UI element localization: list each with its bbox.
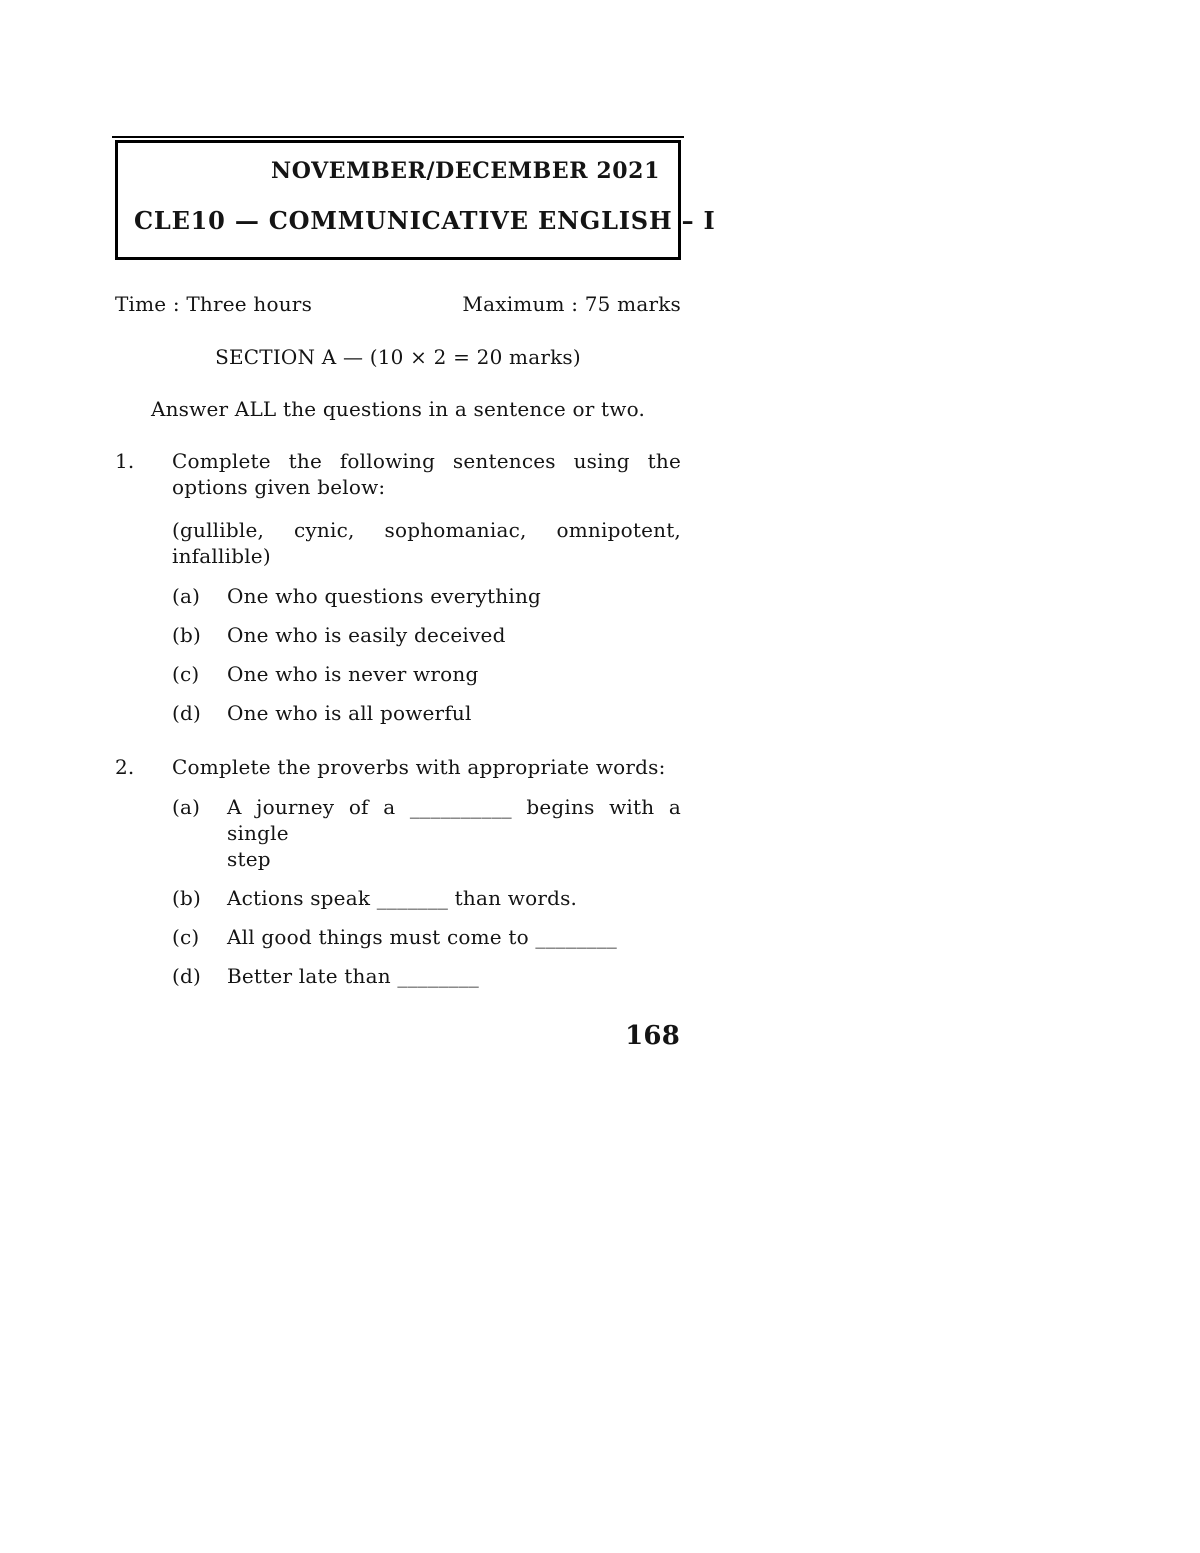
page-content: NOVEMBER/DECEMBER 2021 CLE10 — COMMUNICA… [115, 136, 681, 1051]
word-bank-line: infallible) [172, 543, 681, 569]
sub-question-label: (a) [172, 794, 227, 872]
question-body: Complete the following sentences using t… [172, 448, 681, 726]
exam-session: NOVEMBER/DECEMBER 2021 [134, 158, 662, 184]
sub-question-label: (c) [172, 661, 227, 687]
sub-question-text: One who is easily deceived [227, 622, 681, 648]
sub-question: (c) All good things must come to _______… [172, 924, 681, 950]
sub-question-text: One who questions everything [227, 583, 681, 609]
sub-question-text: One who is never wrong [227, 661, 681, 687]
document-page: NOVEMBER/DECEMBER 2021 CLE10 — COMMUNICA… [0, 0, 1200, 1553]
meta-row: Time : Three hours Maximum : 75 marks [115, 291, 681, 317]
sub-question-text: Better late than ________ [227, 963, 681, 989]
sub-question-label: (b) [172, 622, 227, 648]
question-text-line: Complete the following sentences using t… [172, 448, 681, 474]
course-title: CLE10 — COMMUNICATIVE ENGLISH – I [134, 206, 662, 236]
word-bank-line: (gullible, cynic, sophomaniac, omnipoten… [172, 517, 681, 543]
sub-question: (b) One who is easily deceived [172, 622, 681, 648]
sub-question: (b) Actions speak _______ than words. [172, 885, 681, 911]
sub-question: (d) One who is all powerful [172, 700, 681, 726]
sub-question-text: One who is all powerful [227, 700, 681, 726]
section-heading: SECTION A — (10 × 2 = 20 marks) [115, 344, 681, 370]
time-allowed: Time : Three hours [115, 291, 312, 317]
question-number: 1. [115, 448, 172, 726]
sub-question: (d) Better late than ________ [172, 963, 681, 989]
question-1: 1. Complete the following sentences usin… [115, 448, 681, 726]
question-text-line: options given below: [172, 474, 681, 500]
section-instruction: Answer ALL the questions in a sentence o… [115, 396, 681, 422]
sub-question-label: (b) [172, 885, 227, 911]
sub-question-text-line: step [227, 846, 681, 872]
question-text-line: Complete the proverbs with appropriate w… [172, 754, 681, 780]
sub-question: (a) A journey of a __________ begins wit… [172, 794, 681, 872]
word-bank: (gullible, cynic, sophomaniac, omnipoten… [172, 517, 681, 569]
page-number: 168 [115, 1021, 681, 1051]
sub-question-text-line: A journey of a __________ begins with a … [227, 794, 681, 846]
maximum-marks: Maximum : 75 marks [462, 291, 681, 317]
sub-question-text: All good things must come to ________ [227, 924, 681, 950]
sub-question-text: A journey of a __________ begins with a … [227, 794, 681, 872]
sub-question-label: (d) [172, 963, 227, 989]
sub-question: (c) One who is never wrong [172, 661, 681, 687]
horizontal-rule [112, 136, 684, 138]
sub-question-label: (c) [172, 924, 227, 950]
sub-question: (a) One who questions everything [172, 583, 681, 609]
question-2: 2. Complete the proverbs with appropriat… [115, 754, 681, 989]
question-body: Complete the proverbs with appropriate w… [172, 754, 681, 989]
sub-question-label: (a) [172, 583, 227, 609]
sub-question-label: (d) [172, 700, 227, 726]
exam-header-box: NOVEMBER/DECEMBER 2021 CLE10 — COMMUNICA… [115, 140, 681, 260]
question-number: 2. [115, 754, 172, 989]
sub-question-text: Actions speak _______ than words. [227, 885, 681, 911]
